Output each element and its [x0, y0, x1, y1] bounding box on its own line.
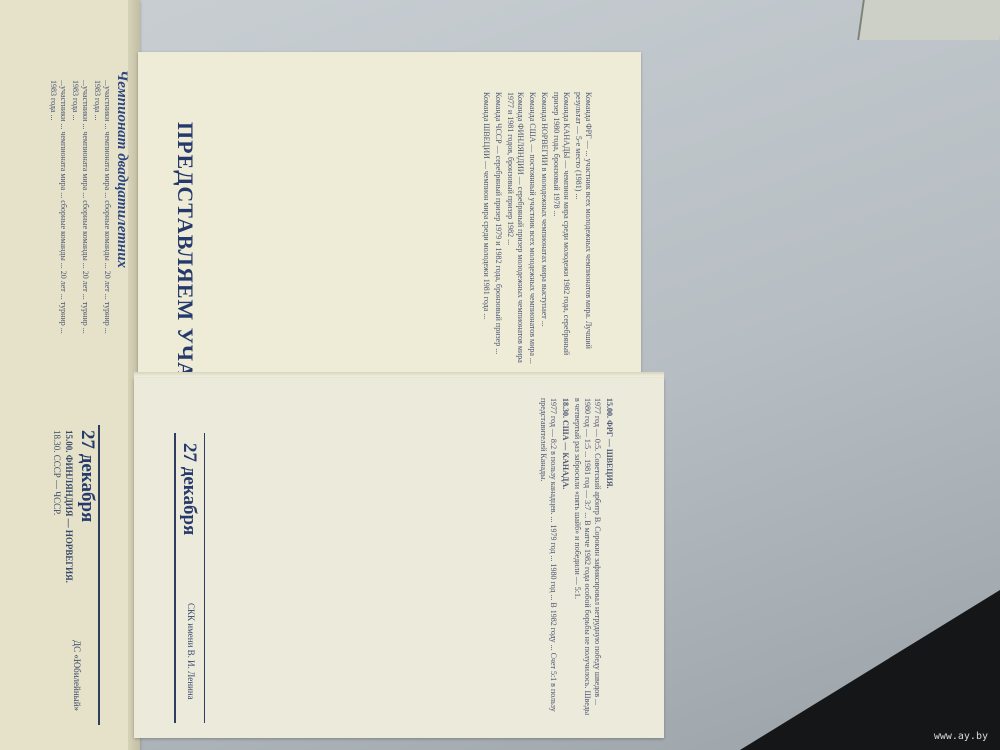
rule [98, 425, 100, 725]
left-page-title: Чемпионат двадцатилетних [113, 70, 130, 268]
left-venue: ДС «Юбилейный» [72, 640, 82, 711]
shadow [740, 590, 1000, 750]
background-box [857, 0, 1000, 40]
participants-text: Команда ФРГ — ... участник всех молодежн… [213, 92, 593, 372]
venue: СКК имени В. И. Ленина [186, 603, 196, 700]
right-top-page: ПРЕДСТАВЛЯЕМ УЧАСТНИКОВ Команда ФРГ — ..… [138, 52, 641, 382]
left-date-heading: 27 декабря [76, 430, 98, 522]
left-subline: 18.30. СССР — ЧССР. [52, 430, 62, 515]
left-match: 15.00. ФИНЛЯНДИЯ — НОРВЕГИЯ. [64, 430, 74, 583]
rule [174, 433, 176, 723]
rule [204, 433, 205, 723]
right-bottom-page: 27 декабря СКК имени В. И. Ленина 15.00.… [134, 378, 664, 738]
watermark: www.ay.by [934, 731, 988, 742]
match-text: 15.00. ФРГ — ШВЕЦИЯ. 1977 год — 0:5. Сов… [214, 398, 614, 718]
left-page: Чемпионат двадцатилетних ...участники ..… [0, 0, 140, 750]
date-heading: 27 декабря [178, 443, 200, 535]
left-page-body: ...участники ... чемпионата мира ... сбо… [2, 80, 112, 350]
